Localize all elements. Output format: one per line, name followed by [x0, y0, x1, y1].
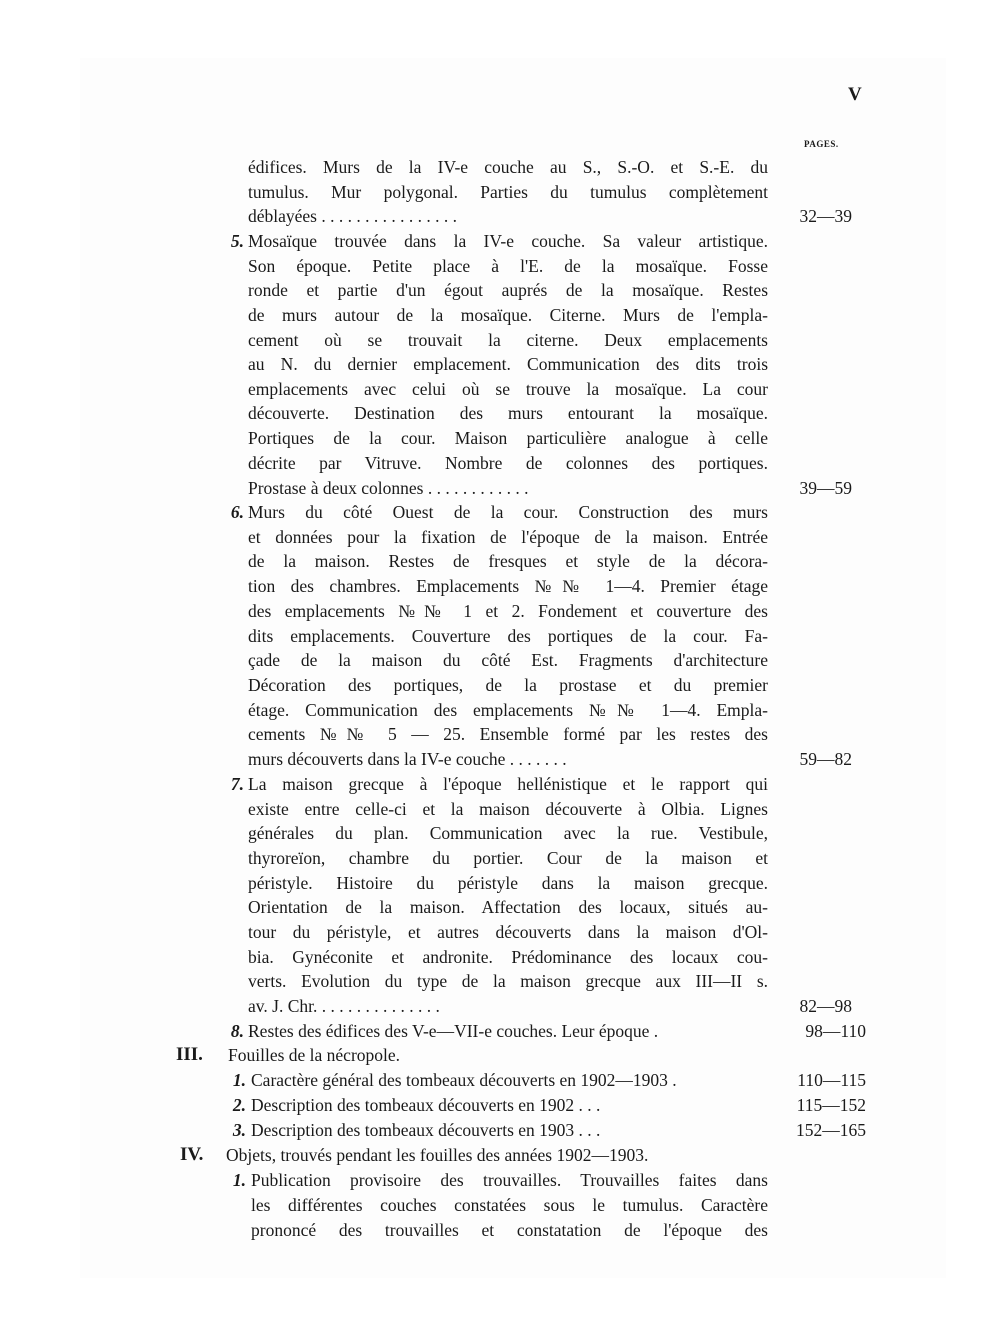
- section-numeral: IV.: [180, 1143, 203, 1167]
- page-range: 115—152: [776, 1093, 866, 1117]
- pages-column-header: PAGES.: [804, 139, 839, 149]
- toc-line: des emplacements №№ 1 et 2. Fondement et…: [248, 599, 768, 623]
- page-range: 59—82: [770, 747, 852, 771]
- entry-number: 1.: [222, 1068, 246, 1092]
- toc-line: bia. Gynéconite et andronite. Prédominan…: [248, 945, 768, 969]
- page-range: 32—39: [770, 204, 852, 228]
- toc-line: et données pour la fixation de l'époque …: [248, 525, 768, 549]
- toc-line: déblayées . . . . . . . . . . . . . . . …: [248, 204, 768, 228]
- toc-line: çade de la maison du côté Est. Fragments…: [248, 648, 768, 672]
- toc-line: Mosaïque trouvée dans la IV-e couche. Sa…: [248, 229, 768, 253]
- section-title: Fouilles de la nécropole.: [228, 1043, 400, 1067]
- toc-line: tour du péristyle, et autres découverts …: [248, 920, 768, 944]
- toc-line: Orientation de la maison. Affectation de…: [248, 895, 768, 919]
- page-range: 39—59: [770, 476, 852, 500]
- toc-line: étage. Communication des emplacements №№…: [248, 698, 768, 722]
- page-range: 110—115: [776, 1068, 866, 1092]
- toc-line: de murs autour de la mosaïque. Citerne. …: [248, 303, 768, 327]
- toc-line: tumulus. Mur polygonal. Parties du tumul…: [248, 180, 768, 204]
- toc-line: verts. Evolution du type de la maison gr…: [248, 969, 768, 993]
- toc-line: Portiques de la cour. Maison particulièr…: [248, 426, 768, 450]
- page-range: 98—110: [776, 1019, 866, 1043]
- toc-line: Caractère général des tombeaux découvert…: [251, 1068, 677, 1092]
- entry-number: 8.: [220, 1019, 244, 1043]
- toc-line: édifices. Murs de la IV-e couche au S., …: [248, 155, 768, 179]
- toc-line: décrite par Vitruve. Nombre de colonnes …: [248, 451, 768, 475]
- toc-line: av. J. Chr. . . . . . . . . . . . . . .: [248, 994, 768, 1018]
- entry-number: 3.: [222, 1118, 246, 1142]
- entry-number: 7.: [220, 772, 244, 796]
- toc-line: Description des tombeaux découverts en 1…: [251, 1093, 600, 1117]
- toc-line: Son époque. Petite place à l'E. de la mo…: [248, 254, 768, 278]
- toc-line: découverte. Destination des murs entoura…: [248, 401, 768, 425]
- toc-line: cement où se trouvait la citerne. Deux e…: [248, 328, 768, 352]
- toc-line: tion des chambres. Emplacements №№ 1—4. …: [248, 574, 768, 598]
- toc-line: péristyle. Histoire du péristyle dans la…: [248, 871, 768, 895]
- toc-line: générales du plan. Communication avec la…: [248, 821, 768, 845]
- toc-line: thyroreïon, chambre du portier. Cour de …: [248, 846, 768, 870]
- toc-line: Restes des édifices des V-e—VII-e couche…: [248, 1019, 768, 1043]
- toc-line: Description des tombeaux découverts en 1…: [251, 1118, 600, 1142]
- toc-line: dits emplacements. Couverture des portiq…: [248, 624, 768, 648]
- toc-line: Prostase à deux colonnes . . . . . . . .…: [248, 476, 768, 500]
- page-range: 82—98: [770, 994, 852, 1018]
- toc-line: existe entre celle-ci et la maison décou…: [248, 797, 768, 821]
- toc-line: La maison grecque à l'époque hellénistiq…: [248, 772, 768, 796]
- toc-line: prononcé des trouvailles et constatation…: [251, 1218, 768, 1242]
- entry-number: 1.: [222, 1168, 246, 1192]
- toc-line: les différentes couches constatées sous …: [251, 1193, 768, 1217]
- entry-number: 6.: [220, 500, 244, 524]
- toc-line: Publication provisoire des trouvailles. …: [251, 1168, 768, 1192]
- section-numeral: III.: [176, 1043, 203, 1067]
- page-folio: V: [848, 84, 862, 106]
- page-range: 152—165: [776, 1118, 866, 1142]
- toc-line: de la maison. Restes de fresques et styl…: [248, 549, 768, 573]
- toc-line: emplacements avec celui où se trouve la …: [248, 377, 768, 401]
- section-title: Objets, trouvés pendant les fouilles des…: [226, 1143, 648, 1167]
- toc-line: ronde et partie d'un égout auprés de la …: [248, 278, 768, 302]
- toc-line: Décoration des portiques, de la prostase…: [248, 673, 768, 697]
- entry-number: 5.: [220, 229, 244, 253]
- toc-line: murs découverts dans la IV-e couche . . …: [248, 747, 768, 771]
- toc-line: cements №№ 5 — 25. Ensemble formé par le…: [248, 722, 768, 746]
- entry-number: 2.: [222, 1093, 246, 1117]
- toc-line: Murs du côté Ouest de la cour. Construct…: [248, 500, 768, 524]
- toc-line: au N. du dernier emplacement. Communicat…: [248, 352, 768, 376]
